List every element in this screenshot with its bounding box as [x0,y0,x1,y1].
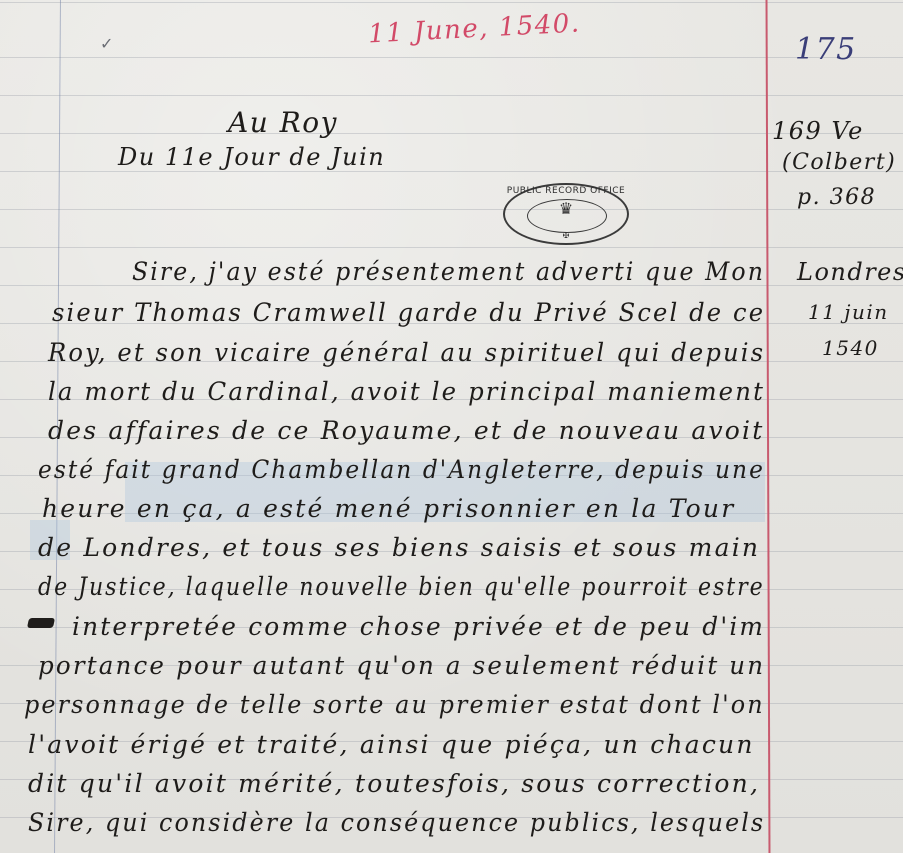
page-number: 175 [795,32,857,67]
check-mark: ✓ [100,34,115,53]
margin-date-day: 11 juin [808,300,889,324]
margin-reference-volume: 169 Ve [772,117,864,145]
manuscript-page: ✓ 11 June, 1540. 175 Au Roy Du 11e Jour … [0,0,903,853]
body-line: la mort du Cardinal, avoit le principal … [48,377,765,406]
body-line: de Londres, et tous ses biens saisis et … [38,533,760,562]
body-line: heure en ça, a esté mené prisonnier en l… [42,494,735,523]
cross-icon: ✠ [563,231,570,240]
margin-reference-page: p. 368 [797,185,876,210]
body-line: Sire, qui considère la conséquence publi… [28,808,765,837]
margin-place: Londres [797,258,903,286]
body-line: interpretée comme chose privée et de peu… [72,612,765,641]
public-record-office-stamp: PUBLIC RECORD OFFICE ♛ ✠ [503,183,629,245]
body-line: de Justice, laquelle nouvelle bien qu'el… [38,572,765,601]
body-line: dit qu'il avoit mérité, toutesfois, sous… [28,769,760,798]
letter-date-line: Du 11e Jour de Juin [118,143,385,171]
body-line: Roy, et son vicaire général au spirituel… [48,338,765,367]
ink-blot [27,618,55,628]
margin-reference-collection: (Colbert) [782,150,896,175]
stamp-text: PUBLIC RECORD OFFICE [505,186,627,196]
crown-icon: ♛ [559,201,573,217]
body-line: esté fait grand Chambellan d'Angleterre,… [38,455,765,484]
body-line: portance pour autant qu'on a seulement r… [38,651,765,680]
body-line: Sire, j'ay esté présentement adverti que… [132,257,765,286]
body-line: des affaires de ce Royaume, et de nouvea… [48,416,764,445]
margin-date-year: 1540 [822,336,879,360]
body-line: personnage de telle sorte au premier est… [24,690,765,719]
letter-addressee: Au Roy [228,106,338,139]
body-line: l'avoit érigé et traité, ainsi que piéça… [28,730,755,759]
body-line: sieur Thomas Cramwell garde du Privé Sce… [52,298,765,327]
